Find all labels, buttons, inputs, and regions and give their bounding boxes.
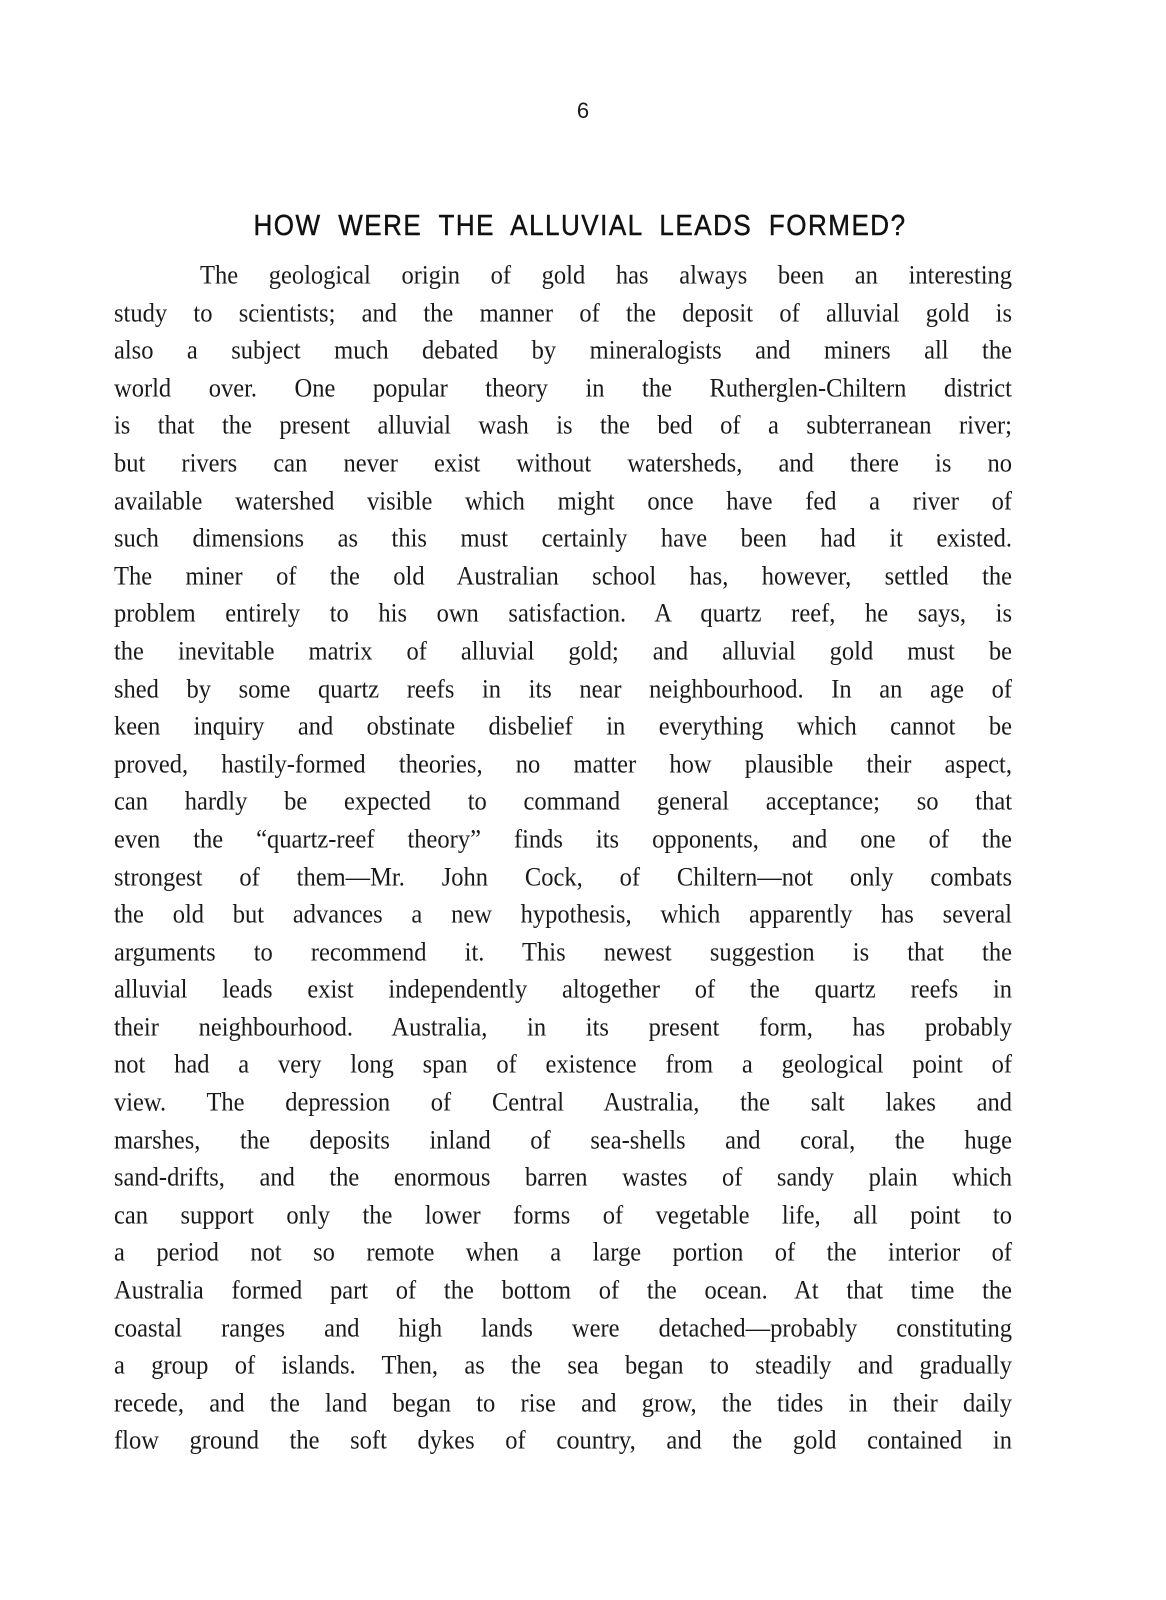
text-line: strongest of them—Mr. John Cock, of Chil… [114,857,1012,898]
text-line: not had a very long span of existence fr… [114,1045,1012,1086]
text-line: keen inquiry and obstinate disbelief in … [114,707,1012,748]
text-line: world over. One popular theory in the Ru… [114,368,1012,409]
page-number: 6 [0,98,1166,124]
text-line: sand-drifts, and the enormous barren was… [114,1158,1012,1199]
text-line: such dimensions as this must certainly h… [114,519,1012,560]
text-line: also a subject much debated by mineralog… [114,331,1012,372]
text-line: The miner of the old Australian school h… [114,556,1012,597]
text-line: the inevitable matrix of alluvial gold; … [114,631,1012,672]
text-line: proved, hastily-formed theories, no matt… [114,744,1012,785]
chapter-heading: HOW WERE THE ALLUVIAL LEADS FORMED? [140,208,1020,243]
text-line: even the “quartz-reef theory” finds its … [114,819,1012,860]
text-line: a period not so remote when a large port… [114,1233,1012,1274]
text-line: arguments to recommend it. This newest s… [114,932,1012,973]
text-line: is that the present alluvial wash is the… [114,406,1012,447]
text-line: the old but advances a new hypothesis, w… [114,895,1012,936]
text-line: can hardly be expected to command genera… [114,782,1012,823]
body-paragraph: The geological origin of gold has always… [114,257,1012,1460]
text-line: a group of islands. Then, as the sea beg… [114,1346,1012,1387]
text-line: alluvial leads exist independently altog… [114,970,1012,1011]
text-line: view. The depression of Central Australi… [114,1083,1012,1124]
text-line: shed by some quartz reefs in its near ne… [114,669,1012,710]
text-line: Australia formed part of the bottom of t… [114,1271,1012,1312]
text-line: but rivers can never exist without water… [114,443,1012,484]
text-line: their neighbourhood. Australia, in its p… [114,1007,1012,1048]
text-line: The geological origin of gold has always… [114,255,1012,296]
text-line: can support only the lower forms of vege… [114,1195,1012,1236]
text-line: flow ground the soft dykes of country, a… [114,1421,1012,1462]
book-page: 6 HOW WERE THE ALLUVIAL LEADS FORMED? Th… [0,0,1166,1600]
text-line: coastal ranges and high lands were detac… [114,1308,1012,1349]
text-line: marshes, the deposits inland of sea-shel… [114,1120,1012,1161]
text-line: available watershed visible which might … [114,481,1012,522]
text-line: problem entirely to his own satisfaction… [114,594,1012,635]
text-line: study to scientists; and the manner of t… [114,293,1012,334]
text-line: recede, and the land began to rise and g… [114,1383,1012,1424]
